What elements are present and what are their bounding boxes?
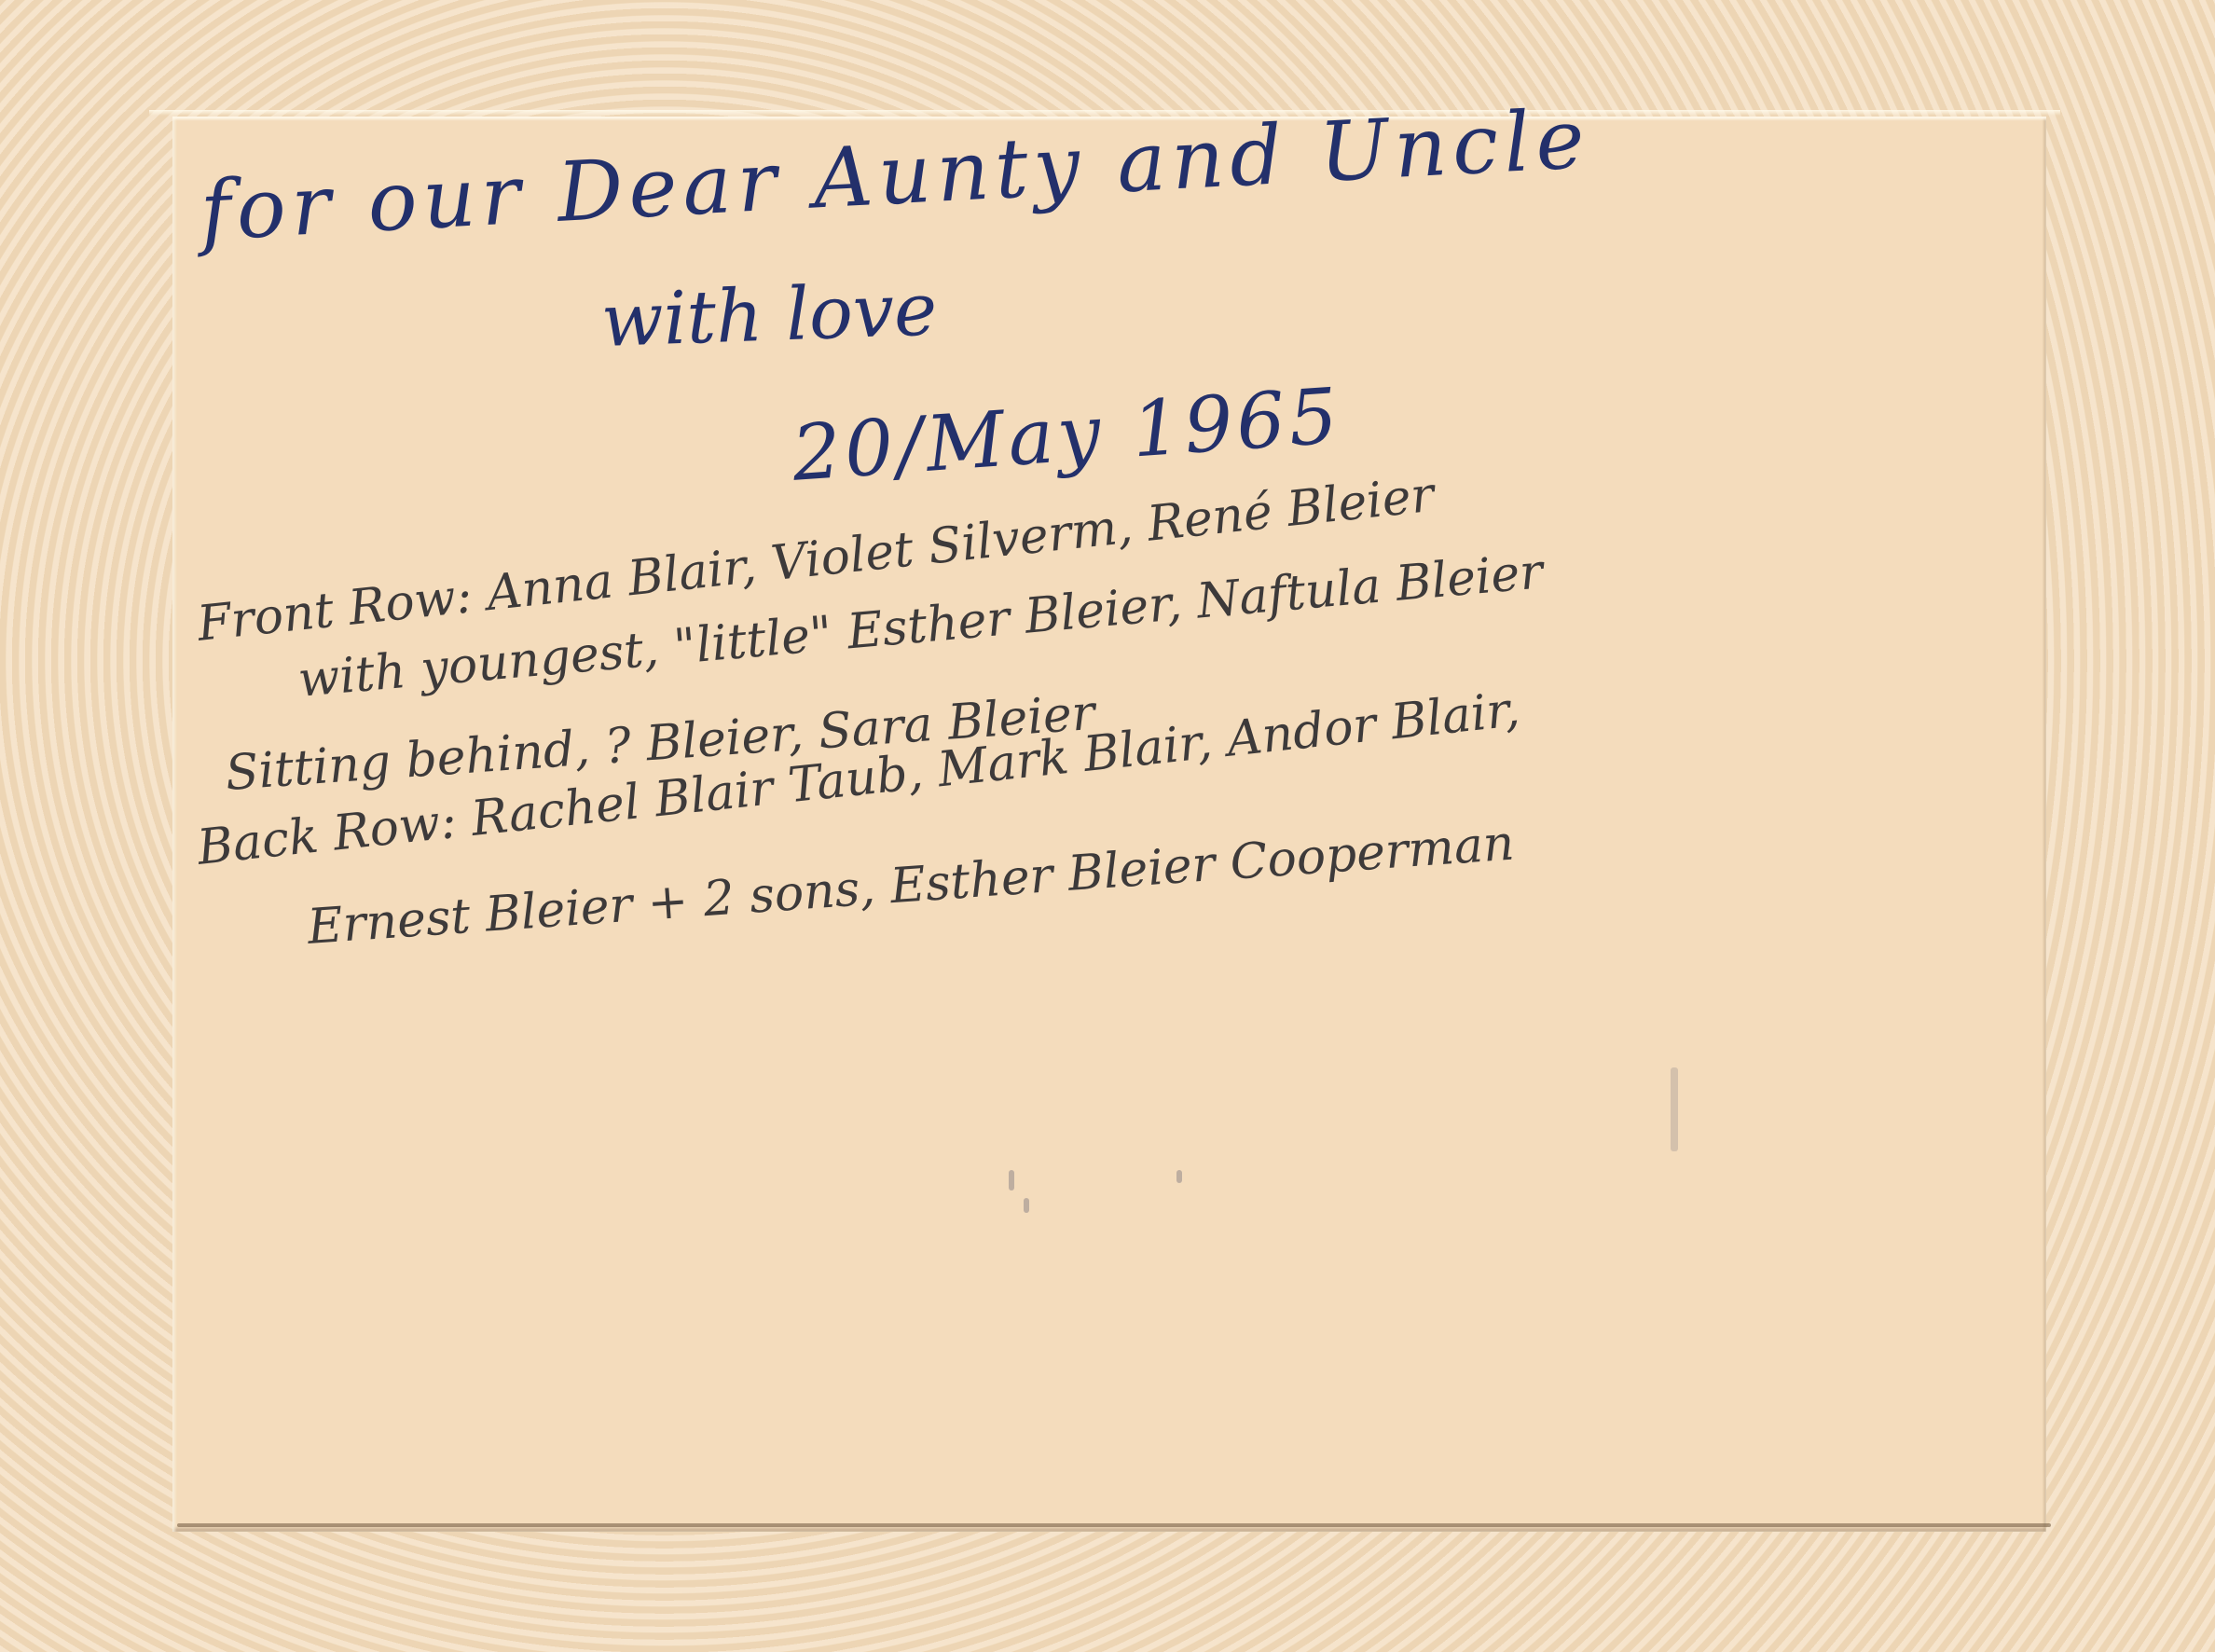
ink-smudge-mark: [1009, 1170, 1014, 1191]
ink-smudge-mark: [1176, 1170, 1182, 1183]
emboss-edge-bottom: [177, 1523, 2051, 1527]
ink-smudge-mark: [1024, 1198, 1029, 1213]
dedication-line-2: with love: [599, 268, 938, 364]
ink-smudge-mark: [1671, 1067, 1678, 1151]
photo-back-card: for our Dear Aunty and Uncle with love 2…: [0, 0, 2215, 1652]
